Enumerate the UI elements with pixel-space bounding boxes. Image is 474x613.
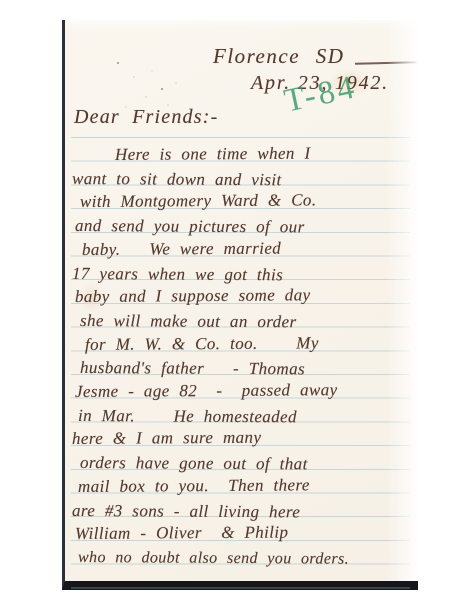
letter-line: want to sit down and visit xyxy=(72,168,282,191)
letter-paper: Florence SD Apr. 23, 1942. T-84 Dear Fri… xyxy=(62,20,418,590)
letter-line: 17 years when we got this xyxy=(72,263,283,286)
ink-speckles xyxy=(117,62,119,64)
letter-place: Florence SD xyxy=(213,44,344,69)
letter-line: and send you pictures of our xyxy=(75,215,305,238)
letter-line: mail box to you. Then there xyxy=(78,474,310,498)
letter-line: baby. We were married xyxy=(82,237,281,260)
letter-line: William - Oliver & Philip xyxy=(75,522,289,545)
letter-line: Here is one time when I xyxy=(115,143,311,166)
pen-flourish xyxy=(355,61,417,65)
letter-line: are #3 sons - all living here xyxy=(72,500,300,523)
letter-line: in Mar. He homesteaded xyxy=(78,405,297,428)
letter-line: baby and I suppose some day xyxy=(75,285,311,309)
letter-line: with Montgomery Ward & Co. xyxy=(80,190,317,214)
scanned-letter: Florence SD Apr. 23, 1942. T-84 Dear Fri… xyxy=(0,0,474,613)
letter-line: husband's father - Thomas xyxy=(80,357,305,380)
letter-line: orders have gone out of that xyxy=(80,452,308,475)
letter-line: Jesme - age 82 - passed away xyxy=(75,379,338,403)
letter-line: here & I am sure many xyxy=(72,427,262,450)
letter-line: she will make out an order xyxy=(80,310,297,333)
letter-salutation: Dear Friends:- xyxy=(74,106,218,129)
letter-line: for M. W. & Co. too. My xyxy=(85,332,319,356)
letter-line: who no doubt also send you orders. xyxy=(78,547,349,571)
